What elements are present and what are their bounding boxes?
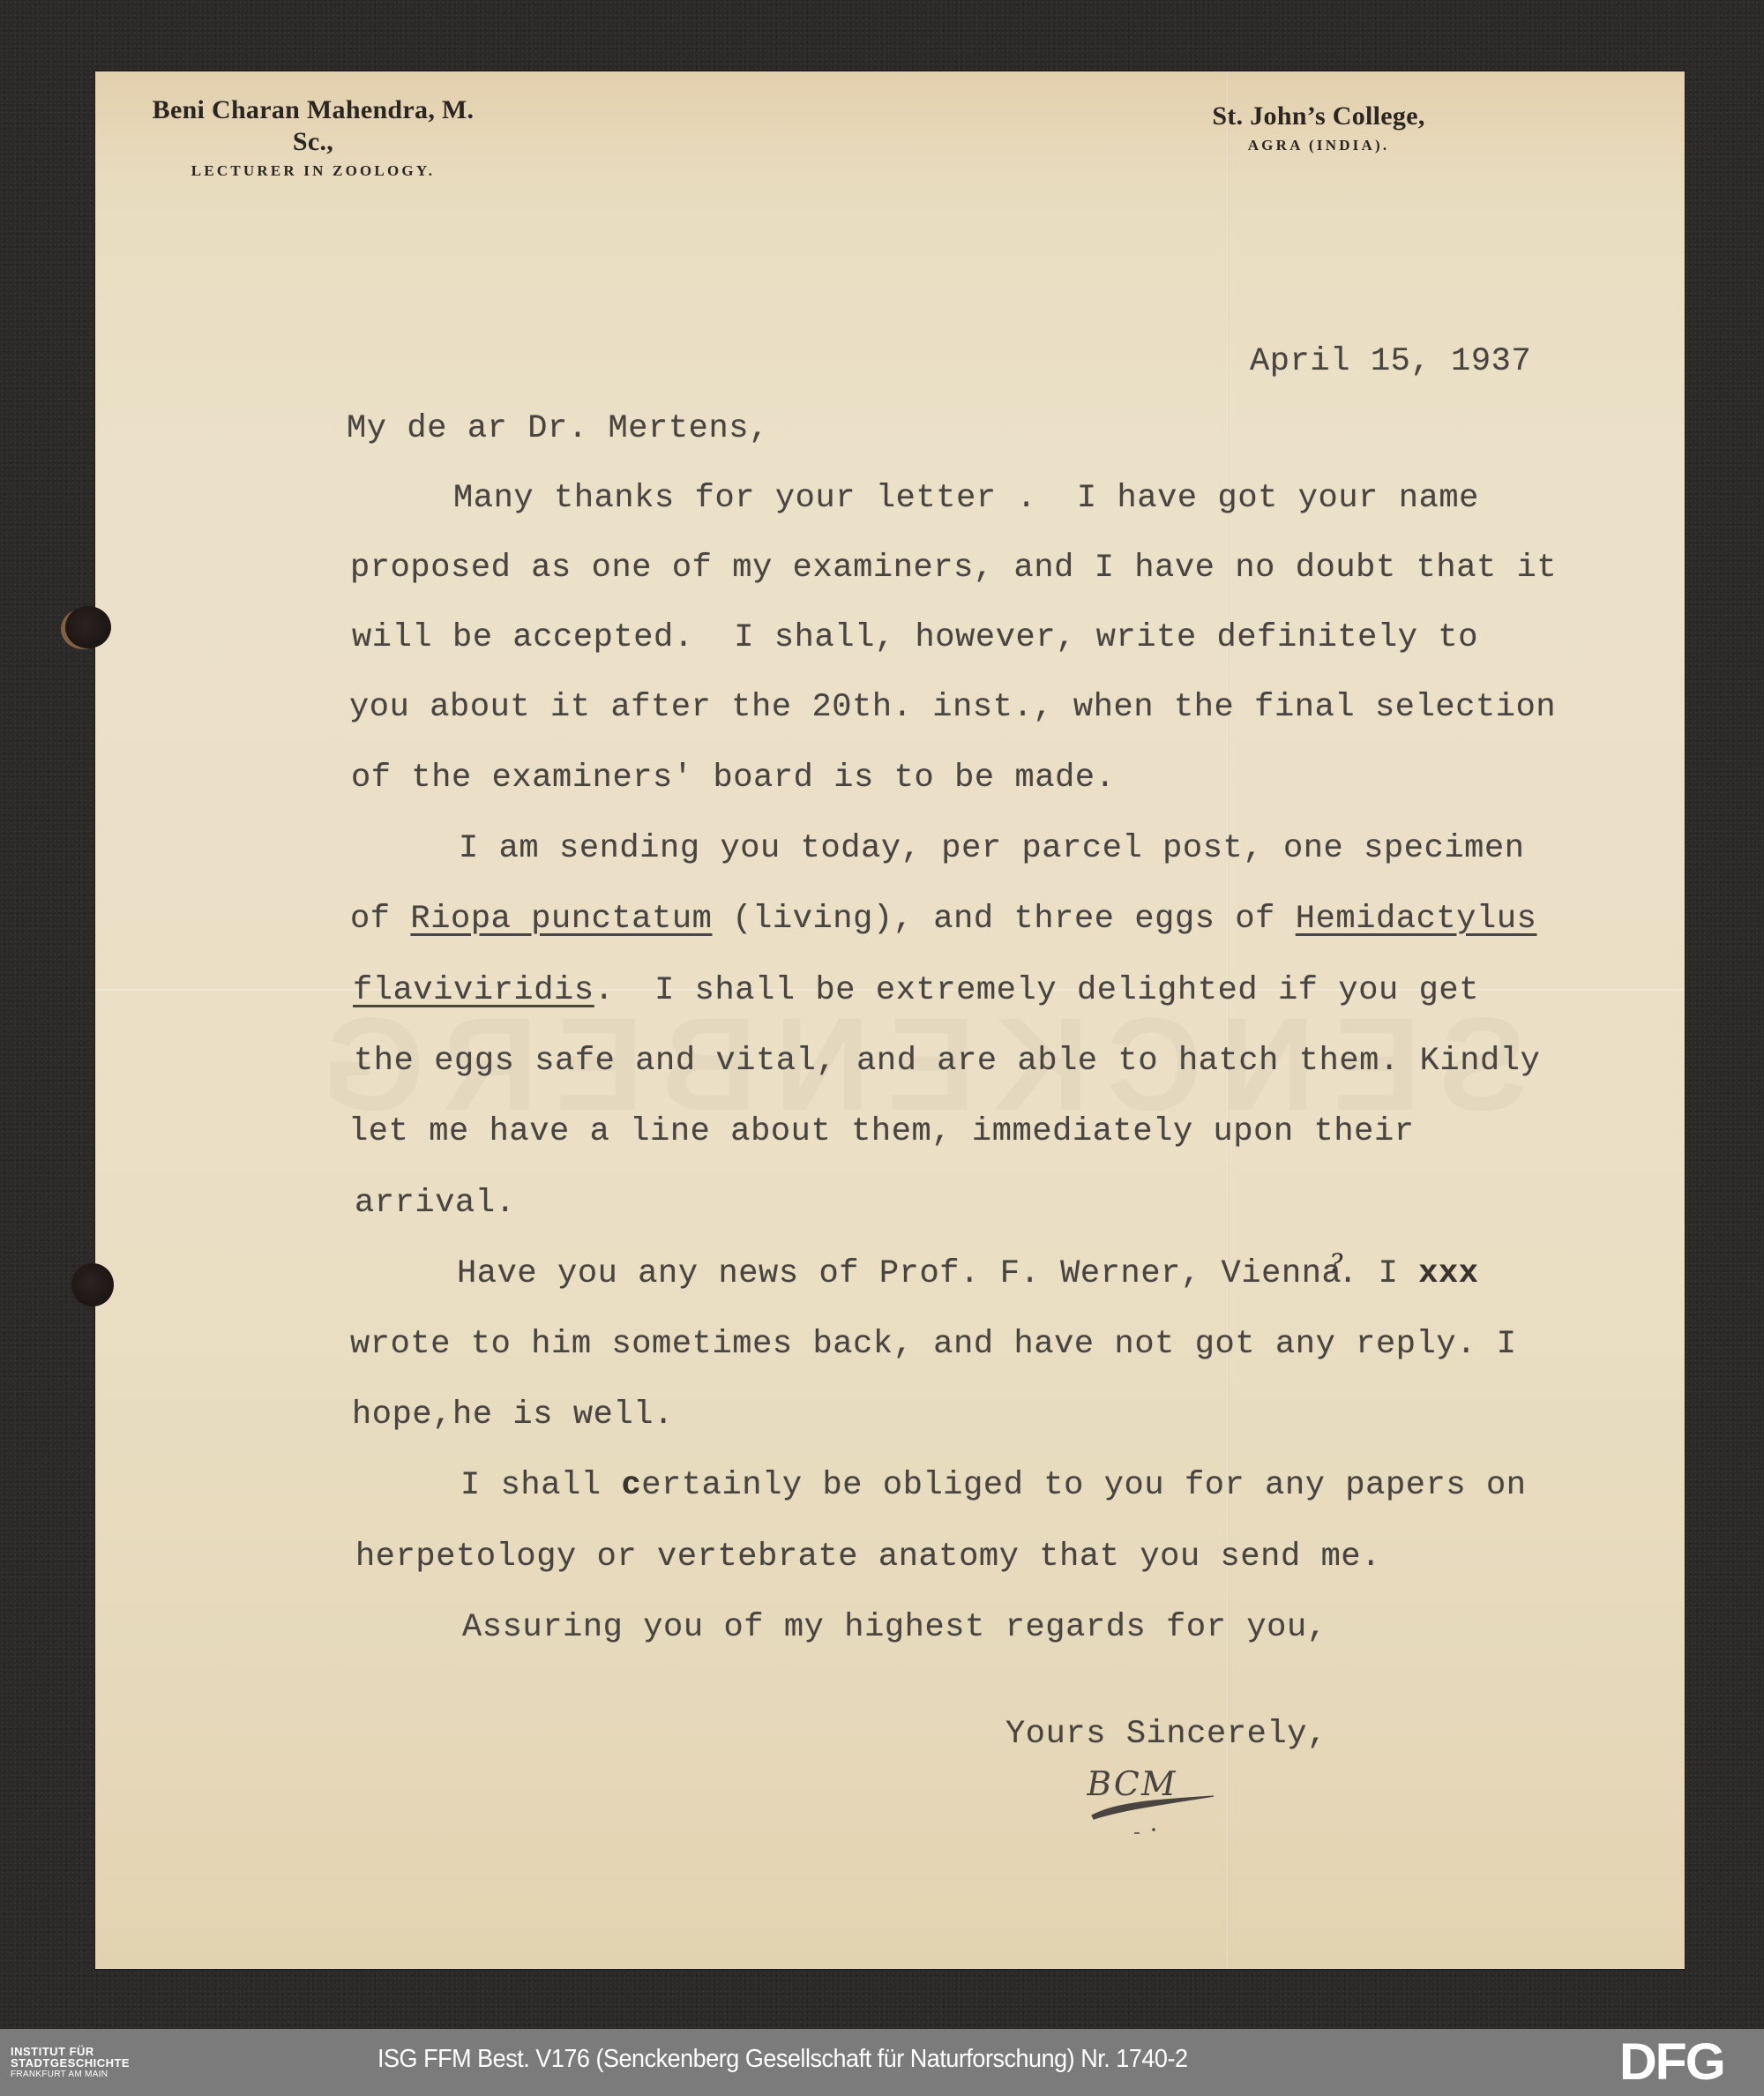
- p4-line: I shall certainly be obliged to you for …: [460, 1466, 1527, 1505]
- handwritten-question-mark: ?: [1329, 1248, 1343, 1277]
- corrected-letter: c: [621, 1467, 641, 1504]
- institute-line: STADTGESCHICHTE: [11, 2058, 130, 2070]
- text-span: I shall: [460, 1467, 621, 1504]
- p2-line: of Riopa punctatum (living), and three e…: [350, 900, 1536, 939]
- p2-line: arrival.: [355, 1184, 515, 1223]
- text-span: . I shall be extremely delighted if you …: [594, 972, 1479, 1009]
- closing: Yours Sincerely,: [1005, 1715, 1327, 1754]
- p1-line: proposed as one of my examiners, and I h…: [350, 549, 1557, 588]
- struck-out-text: xxx: [1418, 1255, 1478, 1292]
- archive-caption: ISG FFM Best. V176 (Senckenberg Gesellsc…: [377, 2045, 1187, 2074]
- institute-city: FRANKFURT AM MAIN: [11, 2070, 130, 2081]
- institution-location: AGRA (INDIA).: [1173, 134, 1464, 157]
- p5-line: Assuring you of my highest regards for y…: [462, 1608, 1327, 1647]
- salutation: My de ar Dr. Mertens,: [347, 409, 769, 448]
- archive-footer: INSTITUT FÜR STADTGESCHICHTE FRANKFURT A…: [0, 2029, 1764, 2096]
- scan-area: SENCKENBERG Beni Charan Mahendra, M. Sc.…: [0, 0, 1764, 2029]
- institute-logo: INSTITUT FÜR STADTGESCHICHTE FRANKFURT A…: [11, 2047, 130, 2081]
- p2-line: let me have a line about them, immediate…: [348, 1112, 1415, 1151]
- dfg-logo: DFG: [1619, 2039, 1724, 2086]
- letterhead-sender: Beni Charan Mahendra, M. Sc., LECTURER I…: [132, 94, 494, 183]
- species-name: Riopa punctatum: [410, 901, 712, 938]
- letter-date: April 15, 1937: [1250, 342, 1531, 381]
- text-span: (living), and three eggs of: [712, 901, 1295, 938]
- letterhead-institution: St. John’s College, AGRA (INDIA).: [1173, 101, 1464, 157]
- p2-line: flaviviridis. I shall be extremely delig…: [353, 971, 1479, 1010]
- sender-title: LECTURER IN ZOOLOGY.: [132, 160, 494, 183]
- p2-line: the eggs safe and vital, and are able to…: [354, 1042, 1540, 1081]
- punch-hole-icon: [71, 1263, 114, 1306]
- p1-line: of the examiners' board is to be made.: [351, 759, 1116, 797]
- text-span: Have you any news of Prof. F. Werner, Vi…: [457, 1255, 1342, 1292]
- sender-name: Beni Charan Mahendra, M. Sc.,: [132, 94, 494, 158]
- text-span: of: [350, 901, 410, 938]
- p1-line: will be accepted. I shall, however, writ…: [352, 618, 1478, 657]
- species-genus: Hemidactylus: [1296, 901, 1537, 938]
- p3-line: hope,he is well.: [352, 1396, 674, 1434]
- text-span: . I: [1338, 1255, 1418, 1292]
- punch-hole-icon: [65, 606, 111, 648]
- species-epithet: flaviviridis: [353, 972, 594, 1009]
- p1-line: Many thanks for your letter . I have got…: [453, 479, 1479, 518]
- p3-line: wrote to him sometimes back, and have no…: [350, 1325, 1517, 1364]
- signature: BCM: [1083, 1764, 1224, 1835]
- p4-line: herpetology or vertebrate anatomy that y…: [355, 1538, 1381, 1576]
- p1-line: you about it after the 20th. inst., when…: [349, 688, 1556, 727]
- institution-name: St. John’s College,: [1173, 101, 1464, 132]
- signature-flourish-icon: [1083, 1764, 1224, 1835]
- p2-line: I am sending you today, per parcel post,…: [459, 829, 1525, 868]
- text-span: ertainly be obliged to you for any paper…: [641, 1467, 1526, 1504]
- p3-line: Have you any news of Prof. F. Werner, Vi…: [457, 1254, 1479, 1293]
